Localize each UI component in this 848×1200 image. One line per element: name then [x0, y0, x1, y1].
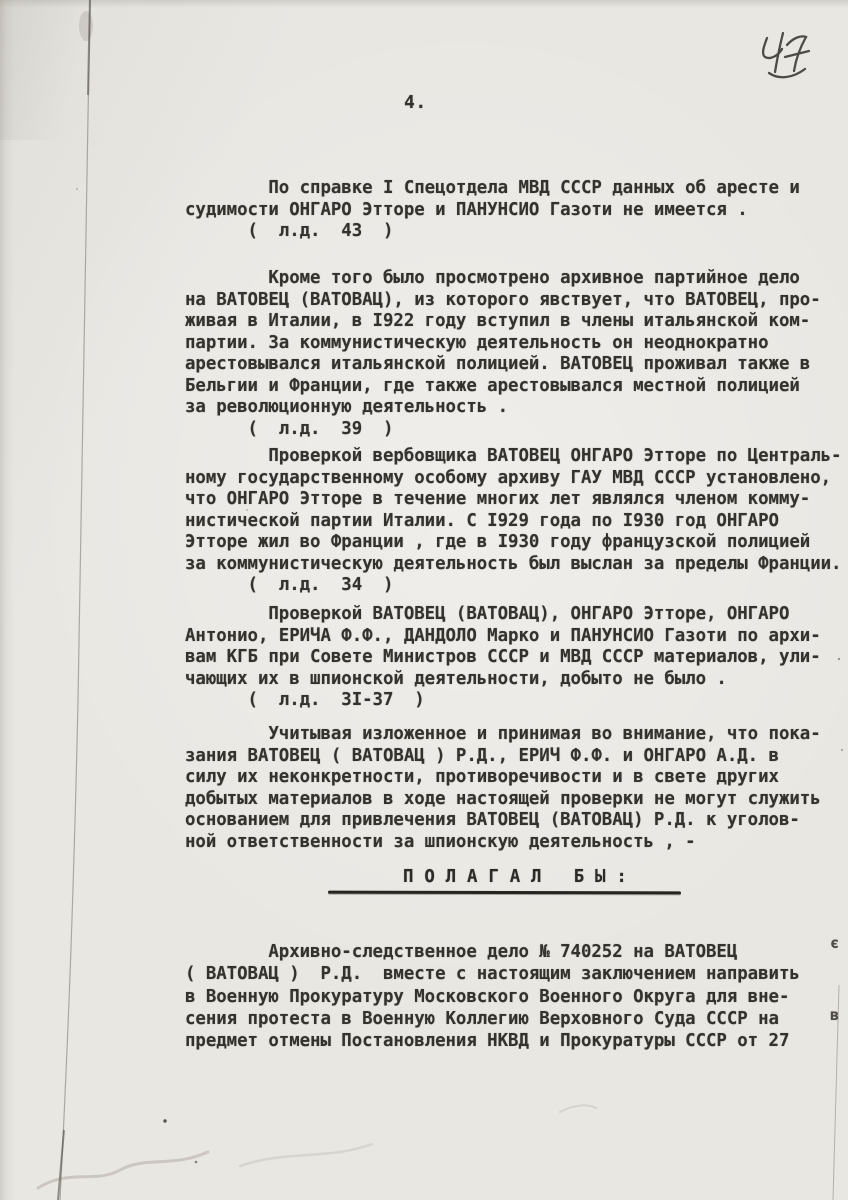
text-line: По справке I Спецотдела МВД СССР данных …: [185, 178, 800, 200]
text-line: ной ответственности за шпионскую деятель…: [185, 832, 821, 854]
text-line: ( л.д. 34 ): [185, 575, 841, 597]
handwritten-page-number: [752, 24, 818, 86]
text-line: ( л.д. 39 ): [185, 419, 821, 441]
section-heading: П О Л А Г А Л Б Ы :: [403, 866, 627, 888]
text-line: Проверкой ВАТОВЕЦ (ВАТОВАЦ), ОНГАРО Этто…: [185, 604, 821, 626]
text-line: что ОНГАРО Этторе в течение многих лет я…: [185, 489, 841, 511]
text-line: Этторе жил во Франции , где в I930 году …: [185, 532, 841, 554]
text-line: зания ВАТОВЕЦ ( ВАТОВАЦ ) Р.Д., ЕРИЧ Ф.Ф…: [185, 746, 821, 768]
paragraph-kgb-archives: Проверкой ВАТОВЕЦ (ВАТОВАЦ), ОНГАРО Этто…: [185, 604, 821, 712]
text-line: Учитывая изложенное и принимая во вниман…: [185, 724, 821, 746]
text-line: сения протеста в Военную Коллегию Верхов…: [185, 1008, 800, 1030]
text-line: ( ВАТОВАЦ ) Р.Д. вместе с настоящим закл…: [185, 963, 800, 985]
edge-artifact-char-bottom: в: [830, 1006, 839, 1024]
paragraph-conclusion: Учитывая изложенное и принимая во вниман…: [185, 724, 821, 853]
paragraph-resolution: Архивно-следственное дело № 740252 на ВА…: [185, 941, 800, 1052]
text-line: за революционную деятельность .: [185, 397, 821, 419]
text-line: Архивно-следственное дело № 740252 на ВА…: [185, 941, 800, 963]
text-line: Кроме того было просмотрено архивное пар…: [185, 268, 821, 290]
text-line: за коммунистическую деятельность был выс…: [185, 554, 841, 576]
text-line: живая в Италии, в I922 году вступил в чл…: [185, 311, 821, 333]
text-line: добытых материалов в ходе настоящей пров…: [185, 789, 821, 811]
text-line: на ВАТОВЕЦ (ВАТОВАЦ), из которого явству…: [185, 290, 821, 312]
text-line: в Военную Прокуратуру Московского Военно…: [185, 986, 800, 1008]
text-line: чающих их в шпионской деятельности, добы…: [185, 669, 821, 691]
paragraph-spravka: По справке I Спецотдела МВД СССР данных …: [185, 178, 800, 243]
edge-artifact-char-top: є: [830, 934, 839, 952]
page-number: 4.: [404, 92, 427, 114]
document-page: 4. По справке I Спецотдела МВД СССР данн…: [0, 0, 848, 1200]
text-line: судимости ОНГАРО Этторе и ПАНУНСИО Газот…: [185, 200, 800, 222]
paragraph-ongaro-check: Проверкой вербовщика ВАТОВЕЦ ОНГАРО Этто…: [185, 446, 841, 597]
text-line: Проверкой вербовщика ВАТОВЕЦ ОНГАРО Этто…: [185, 446, 841, 468]
heading-underline: [328, 891, 681, 895]
paragraph-party-file: Кроме того было просмотрено архивное пар…: [185, 268, 821, 440]
text-line: ( л.д. 43 ): [185, 221, 800, 243]
text-line: основанием для привлечения ВАТОВЕЦ (ВАТО…: [185, 810, 821, 832]
text-line: арестовывался итальянской полицией. ВАТО…: [185, 354, 821, 376]
text-line: Антонио, ЕРИЧА Ф.Ф., ДАНДОЛО Марко и ПАН…: [185, 626, 821, 648]
text-line: предмет отмены Постановления НКВД и Прок…: [185, 1030, 800, 1052]
text-line: ному государственному особому архиву ГАУ…: [185, 468, 841, 490]
text-line: вам КГБ при Совете Министров СССР и МВД …: [185, 647, 821, 669]
text-line: нистической партии Италии. С I929 года п…: [185, 511, 841, 533]
text-line: партии. За коммунистическую деятельность…: [185, 333, 821, 355]
text-line: силу их неконкретности, противоречивости…: [185, 767, 821, 789]
text-line: Бельгии и Франции, где также арестовывал…: [185, 376, 821, 398]
corner-shading: [0, 0, 96, 140]
text-line: ( л.д. 3I-37 ): [185, 690, 821, 712]
